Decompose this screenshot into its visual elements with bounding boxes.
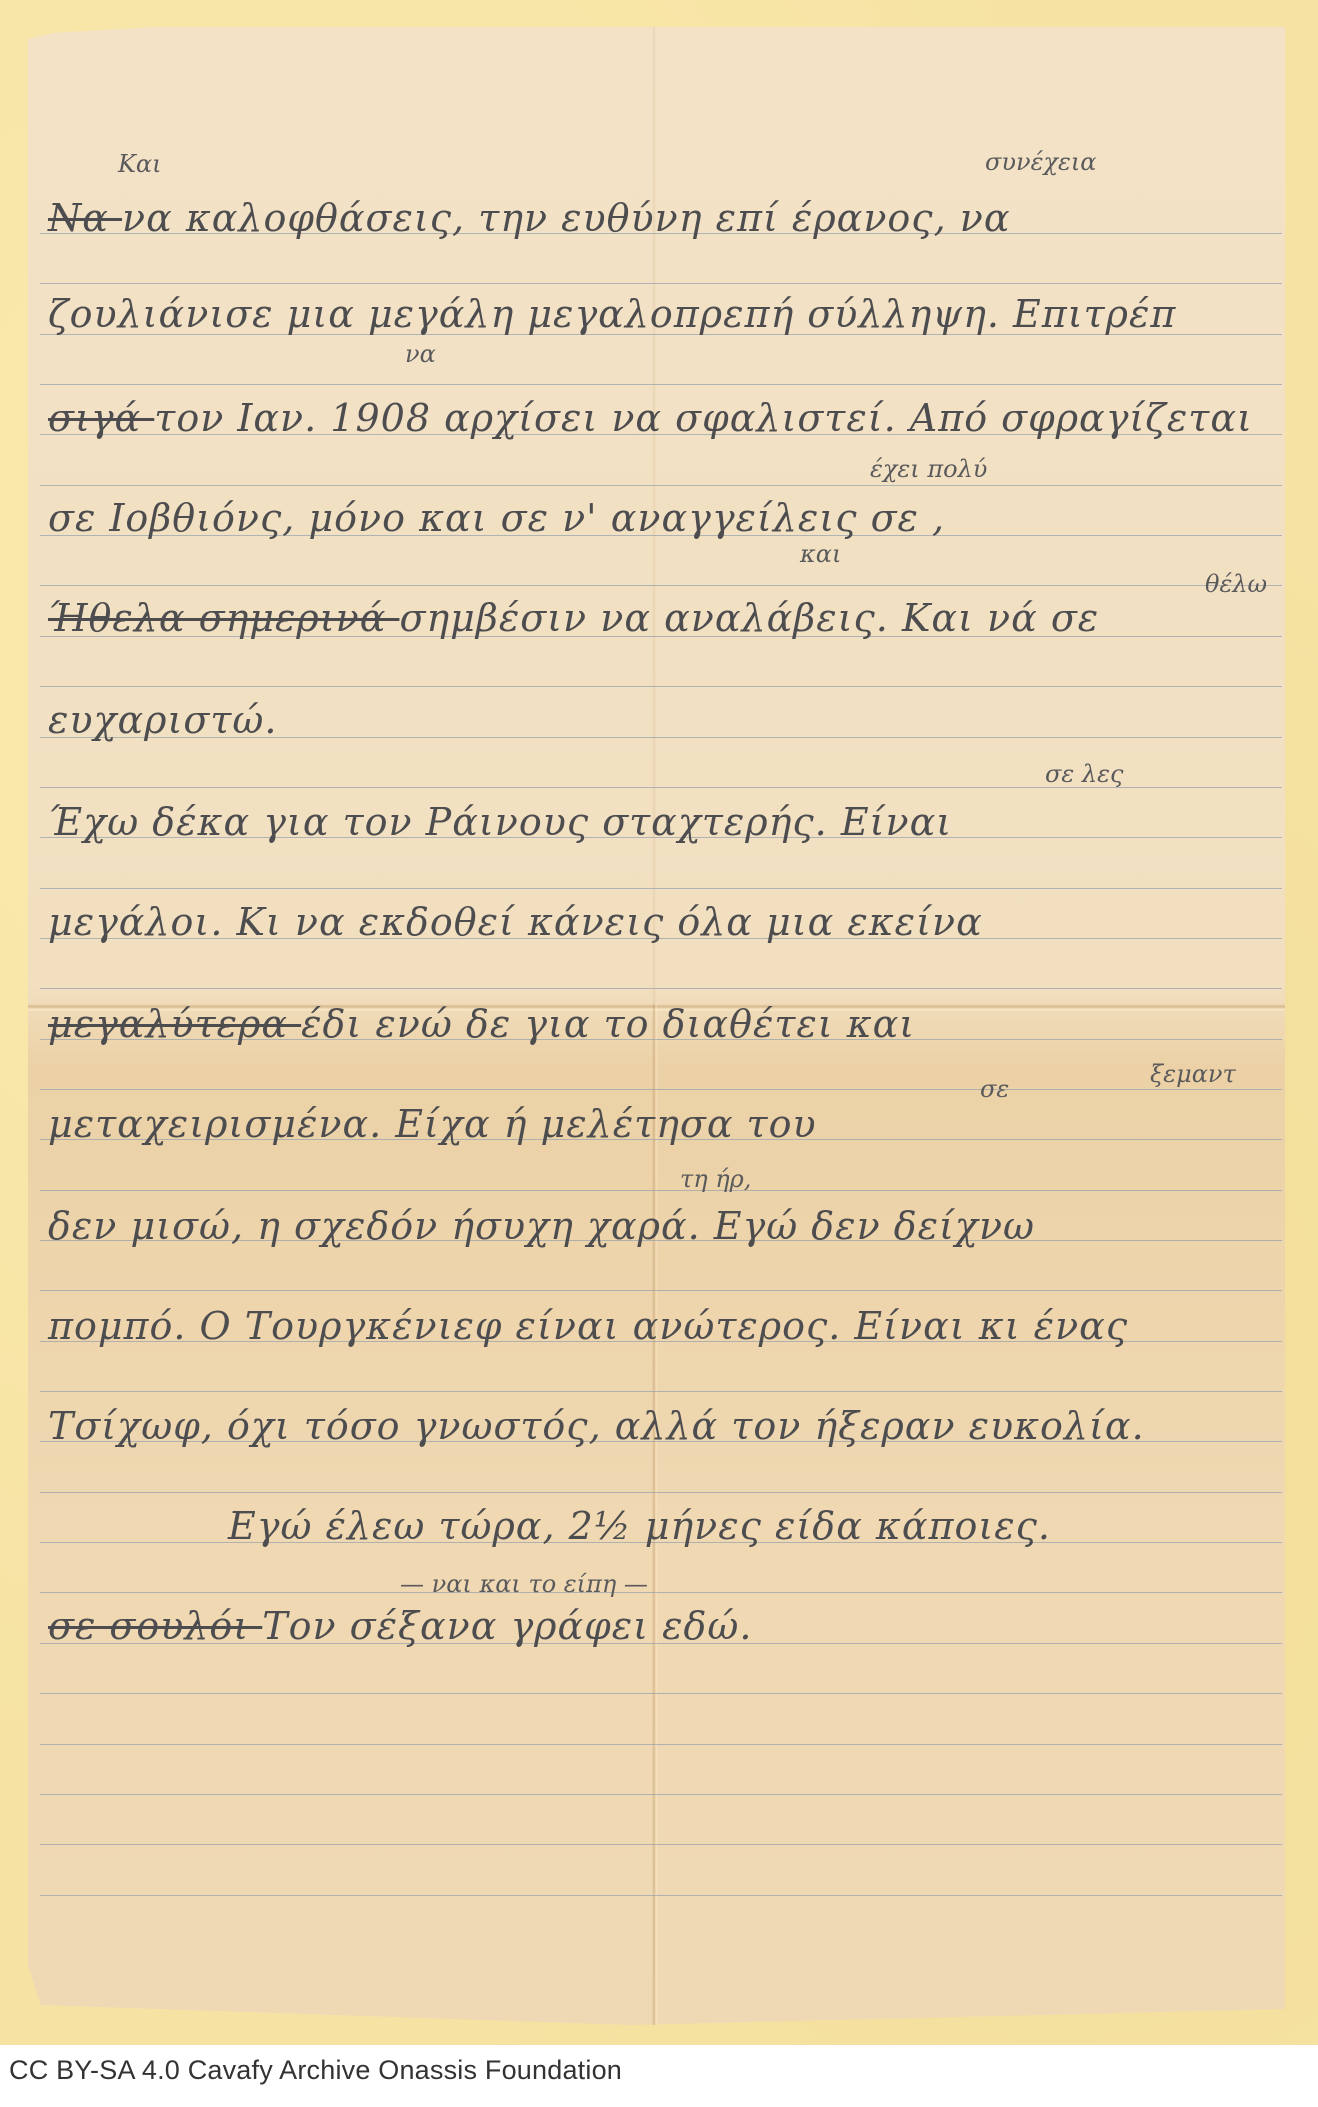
ruled-line [40, 1190, 1282, 1191]
insertion-note: Και [118, 150, 162, 178]
insertion-note: να [405, 340, 436, 368]
ruled-line [40, 686, 1282, 687]
ruled-line [40, 485, 1282, 486]
manuscript-line: σιγά τον Ιαν. 1908 αρχίσει να σφαλιστεί.… [48, 396, 1253, 440]
ruled-line [40, 1794, 1282, 1795]
manuscript-line: μεγάλοι. Κι να εκδοθεί κάνεις όλα μια εκ… [48, 900, 983, 944]
insertion-note: ξεμαντ [1150, 1060, 1236, 1088]
manuscript-line: μεγαλύτερα έδι ενώ δε για το διαθέτει κα… [48, 1002, 915, 1046]
ruled-line [40, 384, 1282, 385]
manuscript-line: δεν μισώ, η σχεδόν ήσυχη χαρά. Εγώ δεν δ… [48, 1204, 1035, 1248]
line-text: Εγώ έλεω τώρα, 2½ μήνες είδα κάποιες. [228, 1504, 1051, 1548]
ruled-line [40, 1290, 1282, 1291]
ruled-line [40, 1693, 1282, 1694]
insertion-note: τη ήρ, [680, 1165, 751, 1193]
struck-word: μεγαλύτερα [48, 1002, 301, 1046]
ruled-line [40, 585, 1282, 586]
insertion-note: συνέχεια [985, 148, 1096, 176]
line-text: μεγάλοι. Κι να εκδοθεί κάνεις όλα μια εκ… [48, 900, 983, 944]
manuscript-line: Να να καλοφθάσεις, την ευθύνη επί έρανος… [48, 196, 1011, 240]
insertion-note: θέλω [1205, 570, 1267, 598]
struck-word: Ήθελα σημερινά [48, 596, 399, 640]
ruled-line [40, 1844, 1282, 1845]
line-text: τον Ιαν. 1908 αρχίσει να σφαλιστεί. Από … [154, 396, 1253, 440]
insertion-note: — ναι και το είπη — [400, 1570, 648, 1598]
line-text: να καλοφθάσεις, την ευθύνη επί έρανος, ν… [122, 196, 1011, 240]
line-text: δεν μισώ, η σχεδόν ήσυχη χαρά. Εγώ δεν δ… [48, 1204, 1035, 1248]
manuscript-line: σε σουλόι Τον σέξανα γράφει εδώ. [48, 1604, 752, 1648]
ruled-line [40, 1089, 1282, 1090]
ruled-line [40, 1492, 1282, 1493]
line-text: Τον σέξανα γράφει εδώ. [262, 1604, 752, 1648]
ruled-line [40, 283, 1282, 284]
insertion-note: σε [980, 1075, 1009, 1103]
line-text: πομπό. Ο Τουργκένιεφ είναι ανώτερος. Είν… [48, 1304, 1128, 1348]
ruled-line [40, 1391, 1282, 1392]
ruled-line [40, 1895, 1282, 1896]
license-credit: CC BY-SA 4.0 Cavafy Archive Onassis Foun… [9, 2055, 622, 2086]
ruled-line [40, 1744, 1282, 1745]
line-text: Έχω δέκα για τον Ράινους σταχτερής. Είνα… [48, 800, 952, 844]
line-text: σημβέσιν να αναλάβεις. Και νά σε [399, 596, 1099, 640]
insertion-note: σε λες [1045, 760, 1123, 788]
struck-word: Να [48, 196, 122, 240]
manuscript-line: ζουλιάνισε μια μεγάλη μεγαλοπρεπή σύλληψ… [48, 292, 1176, 336]
manuscript-line: Έχω δέκα για τον Ράινους σταχτερής. Είνα… [48, 800, 952, 844]
struck-word: σιγά [48, 396, 154, 440]
manuscript-line: ευχαριστώ. [48, 698, 277, 742]
line-text: Τσίχωφ, όχι τόσο γνωστός, αλλά τον ήξερα… [48, 1404, 1145, 1448]
line-text: έδι ενώ δε για το διαθέτει και [301, 1002, 915, 1046]
insertion-note: και [800, 540, 841, 568]
ruled-line [40, 1592, 1282, 1593]
line-text: ζουλιάνισε μια μεγάλη μεγαλοπρεπή σύλληψ… [48, 292, 1176, 336]
struck-word: σε σουλόι [48, 1604, 262, 1648]
manuscript-line: Ήθελα σημερινά σημβέσιν να αναλάβεις. Κα… [48, 596, 1099, 640]
ruled-line [40, 988, 1282, 989]
line-text: μεταχειρισμένα. Είχα ή μελέτησα του [48, 1102, 817, 1146]
ruled-line [40, 888, 1282, 889]
line-text: σε Ιοβθιόνς, μόνο και σε ν' αναγγείλεις … [48, 496, 945, 540]
line-text: ευχαριστώ. [48, 698, 277, 742]
insertion-note: έχει πολύ [870, 455, 987, 483]
manuscript-line: Τσίχωφ, όχι τόσο γνωστός, αλλά τον ήξερα… [48, 1404, 1145, 1448]
manuscript-line: μεταχειρισμένα. Είχα ή μελέτησα του [48, 1102, 817, 1146]
manuscript-line: πομπό. Ο Τουργκένιεφ είναι ανώτερος. Είν… [48, 1304, 1128, 1348]
manuscript-line: σε Ιοβθιόνς, μόνο και σε ν' αναγγείλεις … [48, 496, 945, 540]
manuscript-line: Εγώ έλεω τώρα, 2½ μήνες είδα κάποιες. [228, 1504, 1051, 1548]
